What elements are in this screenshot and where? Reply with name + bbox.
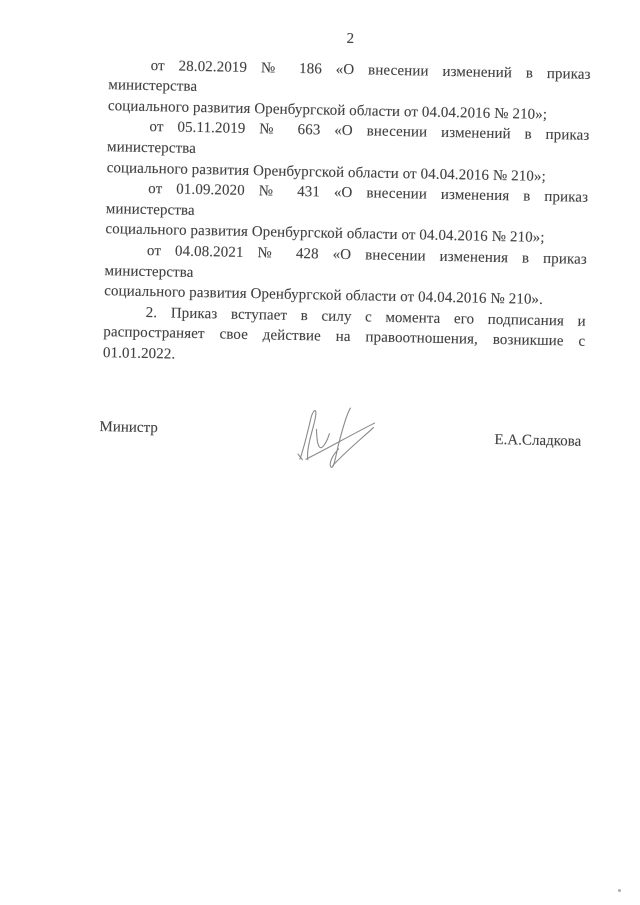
- order-text-block: от 28.02.2019 № 186 «О внесении изменени…: [103, 55, 591, 374]
- signature-row: Министр Е.А.Сладкова: [98, 415, 582, 515]
- scanned-document-page: 2 от 28.02.2019 № 186 «О внесении измене…: [0, 0, 640, 905]
- signer-title: Министр: [99, 418, 158, 437]
- scan-artifact-speck: [618, 889, 621, 892]
- signer-name: Е.А.Сладкова: [494, 430, 581, 450]
- page-content: 2 от 28.02.2019 № 186 «О внесении измене…: [0, 0, 640, 515]
- page-number: 2: [109, 2, 592, 54]
- handwritten-signature-icon: [297, 395, 378, 471]
